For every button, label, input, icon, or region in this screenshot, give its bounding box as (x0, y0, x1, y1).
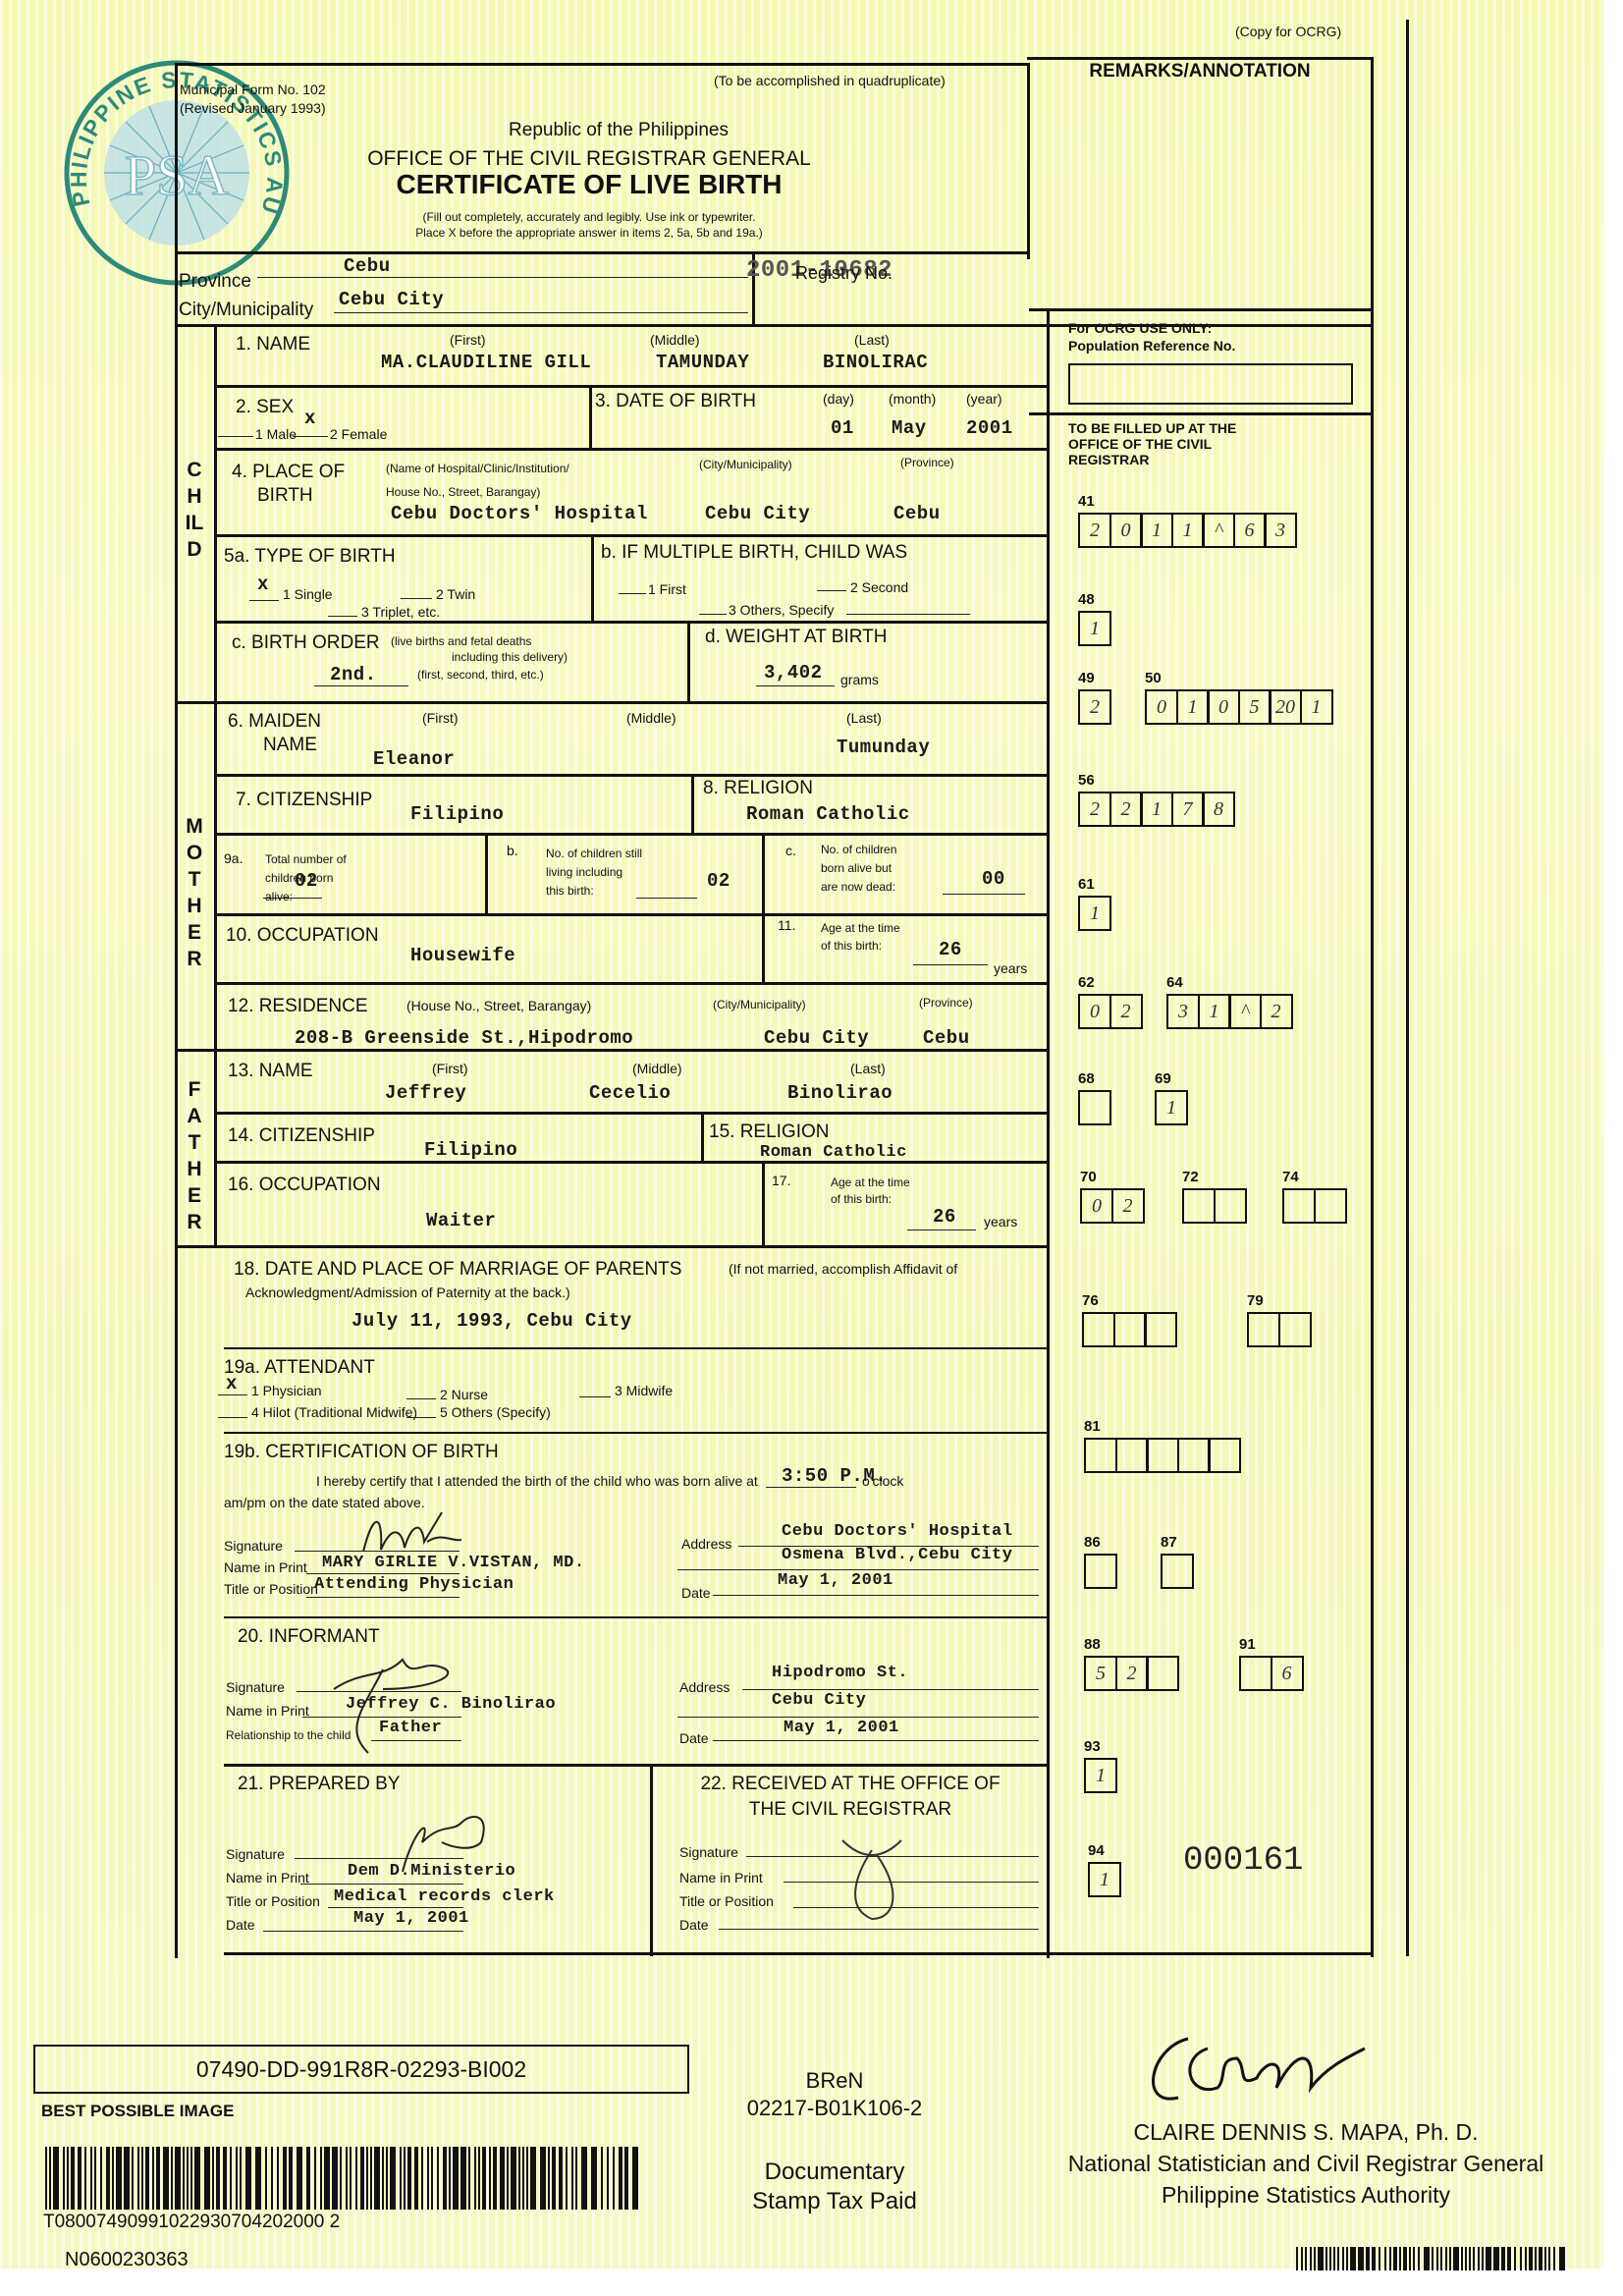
child-first-name: MA.CLAUDILINE GILL (381, 352, 591, 373)
barcode-icon (45, 2147, 642, 2210)
code-cell[interactable]: 2 (1078, 792, 1111, 827)
code-cell[interactable]: 0 (1145, 689, 1178, 725)
registry-label: Registry No. (795, 263, 893, 284)
code-field-69[interactable]: 1 (1155, 1090, 1188, 1125)
population-ref-field[interactable] (1068, 363, 1353, 405)
child-middle-name: TAMUNDAY (656, 352, 749, 373)
mother-first-label: (First) (422, 710, 459, 726)
informant-relationship-label: Relationship to the child (226, 1728, 351, 1742)
pob-province: Cebu (893, 503, 941, 524)
pob-hint-2: House No., Street, Barangay) (386, 485, 540, 499)
maiden-name-label: 6. MAIDEN (228, 711, 321, 733)
birth-order-hint-2: including this delivery) (452, 650, 568, 664)
security-code-box: 07490-DD-991R8R-02293-BI002 (33, 2045, 689, 2094)
bren-value: 02217-B01K106-2 (707, 2096, 962, 2121)
signatory-signature-icon (1129, 2019, 1384, 2117)
code-cell[interactable] (1115, 1438, 1149, 1473)
multiple-first-option[interactable]: 1 First (648, 581, 686, 597)
pob-label-2: BIRTH (257, 485, 313, 507)
best-image-label: BEST POSSIBLE IMAGE (41, 2102, 234, 2121)
code-cell[interactable] (1282, 1188, 1316, 1224)
pob-city-hint: (City/Municipality) (699, 458, 792, 471)
pob-city: Cebu City (705, 503, 810, 524)
code-cell[interactable]: 3 (1166, 994, 1200, 1029)
pob-prov-hint: (Province) (900, 456, 954, 469)
attendant-midwife-option[interactable]: 3 Midwife (615, 1383, 673, 1398)
bren-label: BReN (707, 2068, 962, 2094)
pob-place: Cebu Doctors' Hospital (391, 503, 648, 524)
code-cell[interactable]: 7 (1171, 792, 1205, 827)
mother-religion: Roman Catholic (746, 803, 910, 825)
code-field-91[interactable]: 6 (1239, 1656, 1304, 1691)
code-cell[interactable]: 1 (1300, 689, 1333, 725)
code-cell[interactable] (1084, 1438, 1117, 1473)
quadruplicate-note: (To be accomplished in quadruplicate) (714, 73, 946, 88)
code-cell[interactable] (1182, 1188, 1216, 1224)
code-cell[interactable]: 1 (1078, 611, 1111, 646)
mother-citizenship-label: 7. CITIZENSHIP (236, 790, 372, 811)
code-cell[interactable]: 2 (1109, 792, 1143, 827)
office-label: OFFICE OF THE CIVIL REGISTRAR GENERAL (295, 147, 884, 171)
sex-female-option[interactable]: 2 Female (330, 426, 387, 442)
father-age-label: Age at the time of this birth: (831, 1175, 910, 1208)
weight-value: 3,402 (764, 662, 823, 683)
code-field-61[interactable]: 1 (1078, 896, 1111, 931)
code-cell[interactable]: 5 (1084, 1656, 1117, 1691)
mother-first-name: Eleanor (373, 748, 455, 770)
residence-hint: (House No., Street, Barangay) (406, 998, 591, 1013)
code-label-49: 49 (1078, 670, 1095, 686)
mother-age-num: 11. (778, 917, 795, 933)
father-age-num: 17. (772, 1173, 790, 1188)
code-field-41[interactable]: 2011^63 (1078, 513, 1297, 548)
barcode-text: T08007490991022930704202000 2 (43, 2212, 340, 2233)
code-cell[interactable]: 1 (1140, 792, 1173, 827)
cert-address-1: Cebu Doctors' Hospital (782, 1522, 1012, 1541)
mother-last-name: Tumunday (837, 737, 930, 758)
code-field-64[interactable]: 31^2 (1166, 994, 1293, 1029)
city-value: Cebu City (339, 289, 444, 310)
code-cell[interactable] (1146, 1656, 1179, 1691)
received-date-label: Date (679, 1917, 709, 1933)
security-code: 07490-DD-991R8R-02293-BI002 (35, 2047, 687, 2092)
code-cell[interactable] (1113, 1312, 1147, 1347)
dob-day-label: (day) (823, 391, 854, 407)
father-middle-name: Cecelio (589, 1082, 671, 1104)
weight-label: d. WEIGHT AT BIRTH (705, 627, 887, 648)
code-field-50[interactable]: 0105201 (1145, 689, 1333, 725)
living-label: No. of children still living including t… (546, 845, 642, 901)
prepared-name-label: Name in Print (226, 1870, 309, 1886)
mother-age-label: Age at the time of this birth: (821, 919, 900, 955)
father-citizenship-label: 14. CITIZENSHIP (228, 1125, 375, 1147)
marriage-value: July 11, 1993, Cebu City (352, 1310, 632, 1332)
code-cell[interactable]: 8 (1202, 792, 1235, 827)
informant-name: Jeffrey C. Binolirao (346, 1695, 556, 1714)
code-cell[interactable] (1078, 1090, 1111, 1125)
form-revised: (Revised January 1993) (180, 100, 326, 116)
multiple-birth-label: b. IF MULTIPLE BIRTH, CHILD WAS (601, 542, 907, 564)
total-born-value: 02 (295, 870, 318, 892)
dead-value: 00 (982, 868, 1005, 890)
mother-occupation: Housewife (410, 945, 515, 966)
weight-unit: grams (840, 672, 879, 687)
signatory-title: National Statistician and Civil Registra… (1011, 2151, 1600, 2177)
cert-signature-label: Signature (224, 1538, 283, 1554)
father-religion: Roman Catholic (760, 1143, 907, 1162)
dob-month-label: (month) (889, 391, 936, 407)
republic-label: Republic of the Philippines (344, 120, 893, 141)
signatory-org: Philippine Statistics Authority (1011, 2182, 1600, 2209)
prepared-date-label: Date (226, 1917, 255, 1933)
received-label: 22. RECEIVED AT THE OFFICE OF (654, 1774, 1047, 1795)
child-name-label: 1. NAME (236, 334, 310, 355)
prepared-signature-label: Signature (226, 1846, 285, 1862)
type-triplet-option[interactable]: 3 Triplet, etc. (361, 604, 440, 620)
residence-label: 12. RESIDENCE (228, 996, 368, 1017)
code-cell[interactable] (1161, 1554, 1194, 1589)
mother-middle-label: (Middle) (626, 710, 676, 726)
code-cell[interactable] (1082, 1312, 1115, 1347)
code-label-61: 61 (1078, 876, 1095, 893)
city-label: City/Municipality (179, 300, 313, 321)
attendant-physician-option[interactable]: 1 Physician (251, 1383, 322, 1398)
physician-title: Attending Physician (314, 1575, 514, 1594)
mother-occupation-label: 10. OCCUPATION (226, 925, 379, 947)
multiple-second-option[interactable]: 2 Second (850, 579, 908, 595)
code-cell[interactable]: 1 (1155, 1090, 1188, 1125)
code-label-81: 81 (1084, 1418, 1101, 1435)
attendant-label: 19a. ATTENDANT (224, 1357, 375, 1379)
dob-month: May (892, 417, 927, 439)
code-label-72: 72 (1182, 1169, 1199, 1185)
code-label-41: 41 (1078, 493, 1095, 510)
code-field-76[interactable] (1082, 1312, 1177, 1347)
dob-year: 2001 (966, 417, 1013, 439)
mother-age-unit: years (994, 960, 1027, 976)
code-cell[interactable]: 6 (1233, 513, 1267, 548)
prepared-by-label: 21. PREPARED BY (238, 1774, 400, 1795)
code-field-79[interactable] (1247, 1312, 1312, 1347)
copy-label: (Copy for OCRG) (1235, 24, 1341, 39)
pob-label: 4. PLACE OF (232, 462, 345, 483)
birth-order-hint-3: (first, second, third, etc.) (417, 668, 544, 682)
code-cell[interactable]: 3 (1264, 513, 1297, 548)
code-label-88: 88 (1084, 1636, 1101, 1653)
stamp-tax-label-2: Stamp Tax Paid (707, 2188, 962, 2215)
stamp-tax-label: Documentary (707, 2159, 962, 2186)
code-label-93: 93 (1084, 1738, 1101, 1755)
informant-address-label: Address (679, 1679, 730, 1695)
serial-number: N0600230363 (65, 2249, 189, 2271)
code-cell[interactable]: ^ (1202, 513, 1235, 548)
code-cell[interactable] (1247, 1312, 1280, 1347)
mother-section-label: MOTHER (175, 813, 214, 972)
father-last-name: Binolirao (787, 1082, 893, 1104)
child-middle-label: (Middle) (650, 332, 700, 348)
dob-label: 3. DATE OF BIRTH (595, 391, 756, 412)
code-cell[interactable] (1084, 1554, 1117, 1589)
child-section-label: CHILD (175, 457, 214, 563)
total-born-num: 9a. (224, 850, 243, 866)
code-label-86: 86 (1084, 1534, 1101, 1551)
code-cell[interactable]: 1 (1088, 1862, 1121, 1897)
father-first-label: (First) (432, 1061, 468, 1076)
code-cell[interactable]: ^ (1228, 994, 1262, 1029)
child-last-label: (Last) (854, 332, 890, 348)
father-first-name: Jeffrey (385, 1082, 466, 1104)
code-cell[interactable] (1239, 1656, 1272, 1691)
dob-day: 01 (831, 417, 854, 439)
code-label-91: 91 (1239, 1636, 1256, 1653)
code-cell[interactable]: 1 (1078, 896, 1111, 931)
dead-num: c. (785, 843, 796, 858)
mother-last-label: (Last) (846, 710, 882, 726)
code-cell[interactable]: 2 (1078, 513, 1111, 548)
residence-prov-hint: (Province) (919, 996, 973, 1010)
code-cell[interactable]: 6 (1271, 1656, 1304, 1691)
instructions-line-1: (Fill out completely, accurately and leg… (295, 210, 884, 224)
father-occupation-label: 16. OCCUPATION (228, 1175, 381, 1196)
sex-male-option[interactable]: 1 Male (255, 426, 297, 442)
code-cell[interactable] (1144, 1312, 1177, 1347)
oclock-label: o'clock (862, 1473, 903, 1489)
cert-date: May 1, 2001 (778, 1571, 893, 1590)
informant-address-1: Hipodromo St. (772, 1664, 908, 1682)
code-cell[interactable]: 0 (1078, 994, 1111, 1029)
code-label-87: 87 (1161, 1534, 1177, 1551)
informant-date-label: Date (679, 1730, 709, 1746)
mother-citizenship: Filipino (410, 803, 504, 825)
birth-order-label: c. BIRTH ORDER (232, 632, 380, 654)
code-cell[interactable]: 2 (1115, 1656, 1149, 1691)
father-religion-label: 15. RELIGION (709, 1121, 830, 1143)
code-label-62: 62 (1078, 974, 1095, 991)
code-label-76: 76 (1082, 1292, 1099, 1309)
code-field-93[interactable]: 1 (1084, 1758, 1117, 1793)
mother-age-value: 26 (939, 939, 962, 960)
sex-label: 2. SEX (236, 397, 294, 418)
marriage-label: 18. DATE AND PLACE OF MARRIAGE OF PARENT… (234, 1259, 681, 1281)
cert-title-label: Title or Position (224, 1581, 318, 1597)
informant-address-2: Cebu City (772, 1691, 866, 1710)
code-field-56[interactable]: 22178 (1078, 792, 1235, 827)
signatory-name: CLAIRE DENNIS S. MAPA, Ph. D. (1011, 2119, 1600, 2146)
code-cell[interactable]: 2 (1109, 994, 1143, 1029)
living-num: b. (507, 843, 518, 858)
code-cell[interactable]: 1 (1171, 513, 1205, 548)
dead-label: No. of children born alive but are now d… (821, 841, 896, 897)
code-label-94: 94 (1088, 1842, 1105, 1859)
mother-religion-label: 8. RELIGION (703, 778, 813, 799)
code-field-70[interactable]: 02 (1080, 1188, 1145, 1224)
code-cell[interactable]: 0 (1207, 689, 1240, 725)
received-name-label: Name in Print (679, 1870, 763, 1886)
marriage-hint-2: Acknowledgment/Admission of Paternity at… (245, 1285, 570, 1300)
code-cell[interactable]: 2 (1260, 994, 1293, 1029)
code-cell[interactable] (1146, 1438, 1179, 1473)
child-last-name: BINOLIRAC (823, 352, 928, 373)
code-cell[interactable] (1278, 1312, 1312, 1347)
registrar-signature-icon (833, 1831, 921, 1929)
received-label-2: THE CIVIL REGISTRAR (654, 1799, 1047, 1821)
informant-label: 20. INFORMANT (238, 1626, 380, 1648)
preparer-name: Dem D.Ministerio (348, 1862, 515, 1881)
physician-name: MARY GIRLIE V.VISTAN, MD. (322, 1554, 585, 1572)
code-label-48: 48 (1078, 591, 1095, 608)
province-value: Cebu (344, 255, 391, 277)
residence-street: 208-B Greenside St.,Hipodromo (295, 1027, 633, 1049)
code-label-79: 79 (1247, 1292, 1264, 1309)
certification-label: 19b. CERTIFICATION OF BIRTH (224, 1442, 499, 1463)
physician-signature-icon (353, 1503, 471, 1561)
code-label-64: 64 (1166, 974, 1183, 991)
child-first-label: (First) (450, 332, 486, 348)
code-cell[interactable]: 1 (1176, 689, 1210, 725)
father-citizenship: Filipino (424, 1139, 517, 1161)
code-field-49[interactable]: 2 (1078, 689, 1111, 725)
remarks-title: REMARKS/ANNOTATION (1029, 61, 1371, 82)
code-field-87[interactable] (1161, 1554, 1194, 1589)
code-label-70: 70 (1080, 1169, 1097, 1185)
code-cell[interactable] (1214, 1188, 1247, 1224)
prepared-date: May 1, 2001 (353, 1909, 469, 1928)
received-signature-label: Signature (679, 1844, 738, 1860)
prepared-title-label: Title or Position (226, 1893, 320, 1909)
father-last-label: (Last) (850, 1061, 886, 1076)
code-field-68[interactable] (1078, 1090, 1111, 1125)
code-cell[interactable]: 0 (1109, 513, 1143, 548)
informant-name-label: Name in Print (226, 1703, 309, 1719)
code-cell[interactable]: 20 (1269, 689, 1302, 725)
type-twin-option[interactable]: 2 Twin (436, 586, 475, 602)
informant-signature-label: Signature (226, 1679, 285, 1695)
code-label-69: 69 (1155, 1070, 1171, 1087)
father-name-label: 13. NAME (228, 1061, 313, 1082)
code-cell[interactable] (1177, 1438, 1211, 1473)
birth-order-hint-1: (live births and fetal deaths (391, 634, 531, 648)
control-number: 000161 (1183, 1842, 1303, 1880)
received-title-label: Title or Position (679, 1893, 774, 1909)
code-cell[interactable]: 1 (1084, 1758, 1117, 1793)
cert-name-label: Name in Print (224, 1559, 307, 1575)
father-section-label: FATHER (175, 1076, 214, 1235)
page-title: CERTIFICATE OF LIVE BIRTH (295, 169, 884, 200)
code-label-74: 74 (1282, 1169, 1299, 1185)
attendant-others-option[interactable]: 5 Others (Specify) (440, 1404, 551, 1420)
code-cell[interactable]: 1 (1198, 994, 1231, 1029)
cert-address-2: Osmena Blvd.,Cebu City (782, 1546, 1012, 1564)
instructions-line-2: Place X before the appropriate answer in… (295, 226, 884, 240)
type-of-birth-label: 5a. TYPE OF BIRTH (224, 546, 396, 568)
residence-province: Cebu (923, 1027, 970, 1049)
code-field-81[interactable] (1084, 1438, 1241, 1473)
cert-date-label: Date (681, 1585, 711, 1601)
code-label-56: 56 (1078, 772, 1095, 789)
living-value: 02 (707, 870, 730, 892)
sex-female-mark: x (304, 408, 316, 429)
code-cell[interactable]: 0 (1080, 1188, 1113, 1224)
small-barcode-icon (1296, 2247, 1569, 2270)
preparer-title: Medical records clerk (334, 1887, 555, 1906)
code-cell[interactable]: 2 (1078, 689, 1111, 725)
pob-hint-1: (Name of Hospital/Clinic/Institution/ (386, 462, 569, 475)
father-middle-label: (Middle) (632, 1061, 682, 1076)
code-cell[interactable] (1208, 1438, 1241, 1473)
province-label: Province (179, 271, 251, 293)
code-cell[interactable]: 1 (1140, 513, 1173, 548)
code-cell[interactable]: 2 (1111, 1188, 1145, 1224)
code-label-50: 50 (1145, 670, 1162, 686)
father-occupation: Waiter (426, 1210, 496, 1231)
code-field-94[interactable]: 1 (1088, 1862, 1121, 1897)
marriage-hint-1: (If not married, accomplish Affidavit of (729, 1261, 957, 1277)
code-field-74[interactable] (1282, 1188, 1347, 1224)
type-single-mark: x (257, 574, 269, 595)
code-cell[interactable]: 5 (1238, 689, 1271, 725)
dob-year-label: (year) (966, 391, 1002, 407)
code-cell[interactable] (1314, 1188, 1347, 1224)
ocrg-use-only: For OCRG USE ONLY: (1068, 320, 1212, 336)
form-number: Municipal Form No. 102 (180, 82, 326, 97)
father-age-unit: years (984, 1214, 1017, 1230)
residence-city: Cebu City (764, 1027, 869, 1049)
code-field-62[interactable]: 02 (1078, 994, 1143, 1029)
multiple-others-option[interactable]: 3 Others, Specify (729, 602, 834, 618)
cert-address-label: Address (681, 1536, 731, 1552)
maiden-name-label-2: NAME (263, 735, 317, 756)
father-age-value: 26 (933, 1206, 956, 1228)
residence-city-hint: (City/Municipality) (713, 998, 806, 1011)
certification-text: I hereby certify that I attended the bir… (316, 1473, 758, 1489)
attendant-hilot-option[interactable]: 4 Hilot (Traditional Midwife) (251, 1404, 417, 1420)
code-field-86[interactable] (1084, 1554, 1117, 1589)
attendant-nurse-option[interactable]: 2 Nurse (440, 1387, 488, 1402)
birth-order-value: 2nd. (330, 664, 377, 685)
code-label-68: 68 (1078, 1070, 1095, 1087)
type-single-option[interactable]: 1 Single (283, 586, 333, 602)
fillup-label: TO BE FILLED UP AT THE OFFICE OF THE CIV… (1068, 420, 1236, 467)
code-field-72[interactable] (1182, 1188, 1247, 1224)
informant-date: May 1, 2001 (784, 1719, 899, 1737)
population-ref-label: Population Reference No. (1068, 338, 1235, 354)
attendant-physician-mark: x (226, 1373, 238, 1394)
informant-relationship: Father (379, 1719, 442, 1737)
code-field-48[interactable]: 1 (1078, 611, 1111, 646)
code-field-88[interactable]: 52 (1084, 1656, 1179, 1691)
